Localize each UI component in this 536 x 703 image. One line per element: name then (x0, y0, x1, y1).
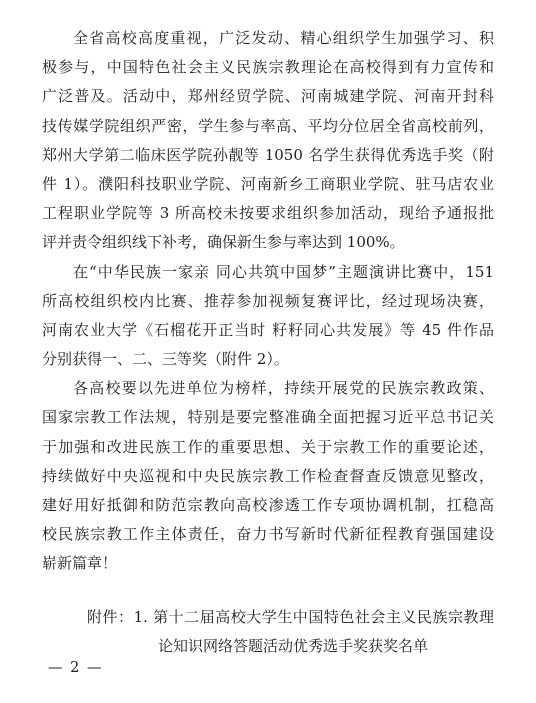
text-line: 建好用好抵御和防范宗教向高校渗透工作专项协调机制，扛稳高 (42, 491, 494, 520)
attachment-item-text: 1. 第十二届高校大学生中国特色社会主义民族宗教理 (134, 608, 494, 626)
text-line: 广泛普及。活动中，郑州经贸学院、河南城建学院、河南开封科 (42, 82, 494, 111)
text-line: 河南农业大学《石榴花开正当时 籽籽同心共发展》等 45 件作品 (42, 316, 494, 345)
attachment-label: 附件： (87, 608, 134, 626)
text-line: 各高校要以先进单位为榜样，持续开展党的民族宗教政策、 (42, 374, 494, 403)
text-line: 所高校组织校内比赛、推荐参加视频复赛评比，经过现场决赛， (42, 287, 494, 316)
attachment-block: 附件：1. 第十二届高校大学生中国特色社会主义民族宗教理 论知识网络答题活动优秀… (42, 603, 494, 661)
text-line: 校民族宗教工作主体责任，奋力书写新时代新征程教育强国建设 (42, 520, 494, 549)
text-line: 评并责令组织线下补考，确保新生参与率达到 100%。 (42, 228, 494, 257)
text-line: 技传媒学院组织严密，学生参与率高、平均分位居全省高校前列， (42, 112, 494, 141)
attachment-line: 论知识网络答题活动优秀选手奖获奖名单 (42, 632, 494, 661)
text-line: 崭新篇章！ (42, 549, 494, 578)
text-line: 郑州大学第二临床医学院孙靓等 1050 名学生获得优秀选手奖（附 (42, 141, 494, 170)
page-number: — 2 — (48, 660, 103, 676)
text-line: 于加强和改进民族工作的重要思想、关于宗教工作的重要论述， (42, 433, 494, 462)
document-body: 全省高校高度重视，广泛发动、精心组织学生加强学习、积 极参与，中国特色社会主义民… (42, 24, 494, 661)
text-line: 在“中华民族一家亲 同心共筑中国梦”主题演讲比赛中，151 (42, 258, 494, 287)
text-line: 工程职业学院等 3 所高校未按要求组织参加活动，现给予通报批 (42, 199, 494, 228)
text-line: 国家宗教工作法规，特别是要完整准确全面把握习近平总书记关 (42, 403, 494, 432)
text-line: 极参与，中国特色社会主义民族宗教理论在高校得到有力宣传和 (42, 53, 494, 82)
text-line: 全省高校高度重视，广泛发动、精心组织学生加强学习、积 (42, 24, 494, 53)
attachment-line: 附件：1. 第十二届高校大学生中国特色社会主义民族宗教理 (42, 603, 494, 632)
text-line: 件 1）。濮阳科技职业学院、河南新乡工商职业学院、驻马店农业 (42, 170, 494, 199)
document-page: 全省高校高度重视，广泛发动、精心组织学生加强学习、积 极参与，中国特色社会主义民… (0, 0, 536, 703)
text-line: 持续做好中央巡视和中央民族宗教工作检查督查反馈意见整改， (42, 462, 494, 491)
text-line: 分别获得一、二、三等奖（附件 2）。 (42, 345, 494, 374)
